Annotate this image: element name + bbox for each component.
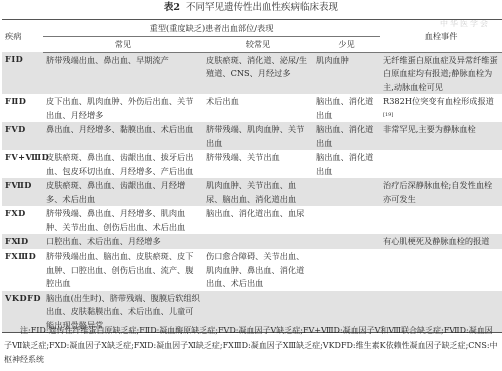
thrombosis-text: R382H位突变有血栓形成报道 [383,96,494,106]
cell-disease: FⅤD [2,122,43,150]
citation-ref: [19] [383,112,393,118]
cell-common: 皮肤瘀斑、鼻出血、齿龈出血、月经增多、术后出血 [43,178,203,206]
table-row: FⅡD 皮下出血、肌肉血肿、外伤后出血、关节出血、月经增多 术后出血 脑出血、消… [2,94,502,122]
cell-less-common: 脐带残端、关节出血 [203,150,313,178]
header-disease: 疾病 [2,20,43,53]
header-row-1: 疾病 重型(重度缺乏)患者出血部位/表现 血栓事件 [2,20,502,37]
cell-less-common [203,234,313,249]
cell-thrombosis: R382H位突变有血栓形成报道[19] [380,94,502,122]
cell-common: 口腔出血、术后出血、月经增多 [43,234,203,249]
cell-disease: FⅤ+ⅧD [2,150,43,178]
cell-thrombosis: 非常罕见,主要为静脉血栓 [380,122,502,150]
cell-disease: FⅩⅢD [2,249,43,291]
cell-thrombosis: 无纤维蛋白原血症及异常纤维蛋白原血症均有报道;静脉血栓为主,动脉血栓可见 [380,52,502,94]
cell-thrombosis: 有心肌梗死及静脉血栓的报道 [380,234,502,249]
cell-less-common: 脐带残端、肌肉血肿、关节出血 [203,122,313,150]
table-title: 表2不同罕见遗传性出血性疾病临床表现 [0,2,502,14]
table-row: FⅦD 皮肤瘀斑、鼻出血、齿龈出血、月经增多、术后出血 肌肉血肿、关节出血、血尿… [2,178,502,206]
clinical-table: 疾病 重型(重度缺乏)患者出血部位/表现 血栓事件 常见 较常见 少见 FⅠD … [2,19,502,333]
cell-disease: FⅡD [2,94,43,122]
cell-rare: 脑出血、消化道出血 [313,94,380,122]
table-row: FⅤD 鼻出血、月经增多、黏膜出血、术后出血 脐带残端、肌肉血肿、关节出血 脑出… [2,122,502,150]
cell-thrombosis [380,249,502,291]
cell-common: 脐带残端出血、脑出血、皮肤瘀斑、皮下血肿、口腔出血、创伤后出血、流产、腹腔出血 [43,249,203,291]
cell-common: 鼻出血、月经增多、黏膜出血、术后出血 [43,122,203,150]
cell-less-common: 肌肉血肿、关节出血、血尿、脑出血、消化道出血 [203,178,313,206]
table-row: FⅪD 口腔出血、术后出血、月经增多 有心肌梗死及静脉血栓的报道 [2,234,502,249]
cell-disease: FⅦD [2,178,43,206]
cell-disease: FⅩD [2,206,43,234]
table-footnote: 注:FⅠD:遗传性纤维蛋白原缺乏症;FⅡD:凝血酶原缺乏症;FⅤD:凝血因子Ⅴ缺… [4,324,500,368]
cell-less-common: 伤口愈合障碍、关节出血、肌肉血肿、鼻出血、消化道出血、术后出血 [203,249,313,291]
cell-rare [313,249,380,291]
cell-disease: FⅠD [2,52,43,94]
cell-common: 脐带残端出血、鼻出血、早期流产 [43,52,203,94]
cell-rare: 脑出血、消化道出血 [313,150,380,178]
cell-thrombosis: 治疗后深静脉血栓;自发性血栓亦可发生 [380,178,502,206]
cell-rare [313,234,380,249]
table-label: 表2 [164,2,180,13]
cell-less-common: 皮肤瘀斑、消化道、泌尿/生殖道、CNS、月经过多 [203,52,313,94]
cell-less-common: 术后出血 [203,94,313,122]
cell-thrombosis [380,206,502,234]
header-thrombosis: 血栓事件 [380,20,502,53]
cell-common: 皮下出血、肌肉血肿、外伤后出血、关节出血、月经增多 [43,94,203,122]
cell-rare: 脑出血、消化道出血 [313,122,380,150]
cell-common: 皮肤瘀斑、鼻出血、齿龈出血、拔牙后出血、包皮环切出血、月经增多、产后出血 [43,150,203,178]
cell-thrombosis [380,150,502,178]
cell-common: 脐带残端、鼻出血、月经增多、肌肉血肿、关节出血、创伤后出血、术后出血 [43,206,203,234]
header-bleeding-group: 重型(重度缺乏)患者出血部位/表现 [43,20,380,37]
header-rare: 少见 [313,36,380,52]
cell-rare [313,206,380,234]
cell-rare: 肌肉血肿 [313,52,380,94]
table-caption: 不同罕见遗传性出血性疾病临床表现 [186,2,338,13]
cell-rare [313,178,380,206]
cell-disease: FⅪD [2,234,43,249]
table-row: FⅩⅢD 脐带残端出血、脑出血、皮肤瘀斑、皮下血肿、口腔出血、创伤后出血、流产、… [2,249,502,291]
table-row: FⅠD 脐带残端出血、鼻出血、早期流产 皮肤瘀斑、消化道、泌尿/生殖道、CNS、… [2,52,502,94]
cell-less-common: 脑出血、消化道出血、血尿 [203,206,313,234]
table-row: FⅩD 脐带残端、鼻出血、月经增多、肌肉血肿、关节出血、创伤后出血、术后出血 脑… [2,206,502,234]
table-row: FⅤ+ⅧD 皮肤瘀斑、鼻出血、齿龈出血、拔牙后出血、包皮环切出血、月经增多、产后… [2,150,502,178]
header-less-common: 较常见 [203,36,313,52]
header-common: 常见 [43,36,203,52]
